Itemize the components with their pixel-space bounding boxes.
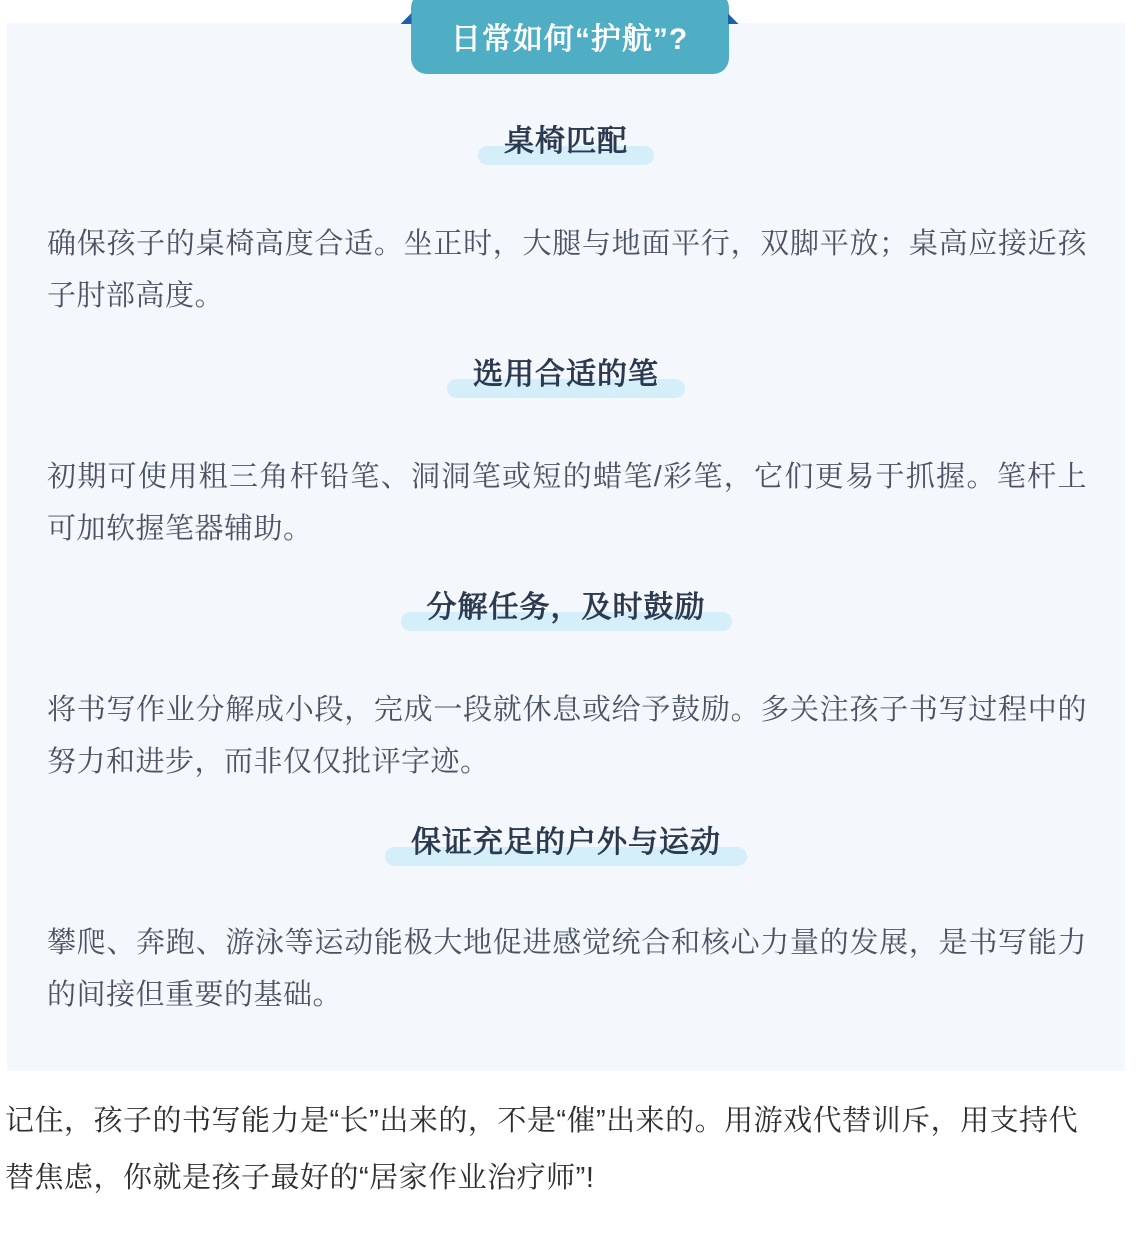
section-title-break-tasks: 分解任务，及时鼓励 [7, 588, 1125, 628]
header-ribbon-badge: 日常如何“护航”? [411, 0, 729, 74]
section-title-label: 保证充足的户外与运动 [411, 823, 721, 863]
section-title-outdoor-exercise: 保证充足的户外与运动 [7, 823, 1125, 863]
header-badge-title: 日常如何“护航”? [451, 8, 688, 58]
content-card: 桌椅匹配 确保孩子的桌椅高度合适。坐正时，大腿与地面平行，双脚平放；桌高应接近孩… [7, 23, 1125, 1071]
closing-paragraph: 记住，孩子的书写能力是“长”出来的，不是“催”出来的。用游戏代替训斥，用支持代替… [5, 1093, 1083, 1207]
section-body-suitable-pen: 初期可使用粗三角杆铅笔、洞洞笔或短的蜡笔/彩笔，它们更易于抓握。笔杆上可加软握笔… [7, 451, 1125, 555]
section-title-label: 分解任务，及时鼓励 [427, 588, 706, 628]
section-title-suitable-pen: 选用合适的笔 [7, 355, 1125, 395]
section-title-desk-chair: 桌椅匹配 [7, 122, 1125, 162]
ribbon-fold-right [728, 13, 739, 24]
section-title-label: 桌椅匹配 [504, 122, 628, 162]
section-body-break-tasks: 将书写作业分解成小段，完成一段就休息或给予鼓励。多关注孩子书写过程中的努力和进步… [7, 684, 1125, 788]
section-body-outdoor-exercise: 攀爬、奔跑、游泳等运动能极大地促进感觉统合和核心力量的发展，是书写能力的间接但重… [7, 917, 1125, 1021]
section-body-desk-chair: 确保孩子的桌椅高度合适。坐正时，大腿与地面平行，双脚平放；桌高应接近孩子肘部高度… [7, 218, 1125, 322]
section-title-label: 选用合适的笔 [473, 355, 659, 395]
article-page: 桌椅匹配 确保孩子的桌椅高度合适。坐正时，大腿与地面平行，双脚平放；桌高应接近孩… [0, 0, 1139, 1238]
